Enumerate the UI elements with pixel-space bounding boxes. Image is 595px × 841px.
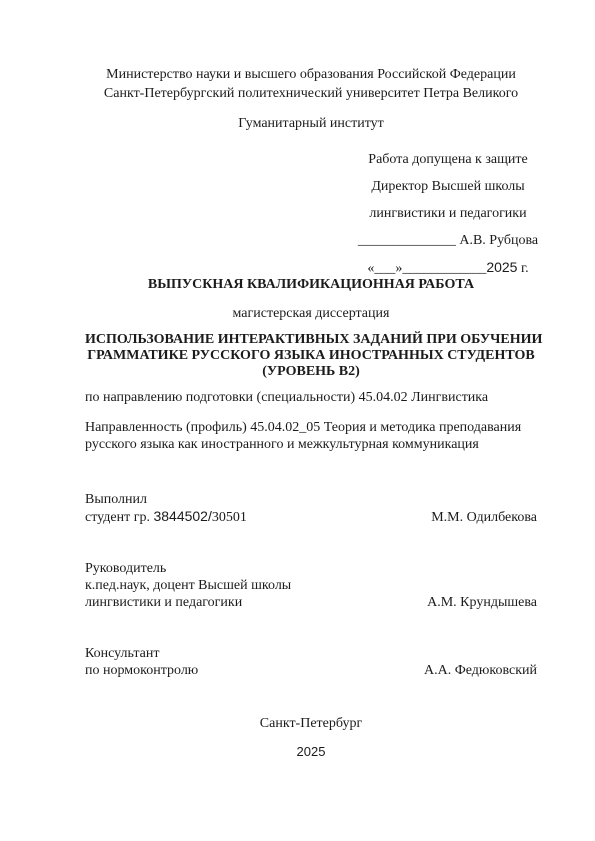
signature-line: ______________ А.В. Рубцова: [348, 227, 548, 254]
supervisor-name: А.М. Крундышева: [427, 594, 537, 611]
consultant-label: Консультант: [85, 645, 537, 662]
consultant-name: А.А. Федюковский: [424, 662, 537, 679]
year: 2025: [85, 744, 537, 759]
supervisor-role-line-1: к.пед.наук, доцент Высшей школы: [85, 577, 537, 594]
thesis-title-line-2: ГРАММАТИКЕ РУССКОГО ЯЗЫКА ИНОСТРАННЫХ СТ…: [85, 348, 537, 364]
supervisor-label: Руководитель: [85, 560, 537, 577]
profile-line-2: русского языка как иностранного и межкул…: [85, 436, 537, 453]
supervisor-block: Руководитель к.пед.наук, доцент Высшей ш…: [85, 560, 537, 611]
profile-block: Направленность (профиль) 45.04.02_05 Тео…: [85, 419, 537, 453]
thesis-title-page: Министерство науки и высшего образования…: [0, 0, 595, 841]
approval-line-3: лингвистики и педагогики: [348, 200, 548, 227]
thesis-title-line-1: ИСПОЛЬЗОВАНИЕ ИНТЕРАКТИВНЫХ ЗАДАНИЙ ПРИ …: [85, 332, 537, 348]
consultant-row: по нормоконтролю А.А. Федюковский: [85, 662, 537, 679]
consultant-block: Консультант по нормоконтролю А.А. Федюко…: [85, 645, 537, 679]
date-blank: «___»____________: [367, 261, 486, 276]
performer-group-number-sans: 3844502/: [153, 508, 211, 524]
thesis-subtype: магистерская диссертация: [85, 306, 537, 322]
performer-block: Выполнил студент гр. 3844502/30501 М.М. …: [85, 491, 537, 526]
approval-line-2: Директор Высшей школы: [348, 173, 548, 200]
profile-line-1: Направленность (профиль) 45.04.02_05 Тео…: [85, 419, 537, 436]
thesis-title-line-3: (УРОВЕНЬ В2): [85, 364, 537, 380]
specialty-line: по направлению подготовки (специальности…: [85, 390, 537, 406]
performer-name: М.М. Одилбекова: [431, 509, 537, 526]
city-name: Санкт-Петербург: [85, 716, 537, 732]
performer-role: студент гр. 3844502/30501: [85, 508, 247, 526]
supervisor-row: лингвистики и педагогики А.М. Крундышева: [85, 594, 537, 611]
university-line: Санкт-Петербургский политехнический унив…: [85, 85, 537, 104]
supervisor-role-line-2: лингвистики и педагогики: [85, 594, 242, 611]
ministry-line: Министерство науки и высшего образования…: [85, 66, 537, 85]
performer-role-prefix: студент гр.: [85, 510, 153, 525]
date-suffix: г.: [517, 261, 528, 276]
consultant-role: по нормоконтролю: [85, 662, 198, 679]
thesis-type-heading: ВЫПУСКНАЯ КВАЛИФИКАЦИОННАЯ РАБОТА: [85, 277, 537, 293]
header-block: Министерство науки и высшего образования…: [85, 66, 537, 103]
performer-label: Выполнил: [85, 491, 537, 508]
approval-line-1: Работа допущена к защите: [348, 146, 548, 173]
performer-row: студент гр. 3844502/30501 М.М. Одилбеков…: [85, 508, 537, 526]
institute-name: Гуманитарный институт: [85, 116, 537, 132]
thesis-title: ИСПОЛЬЗОВАНИЕ ИНТЕРАКТИВНЫХ ЗАДАНИЙ ПРИ …: [85, 332, 537, 380]
approval-block: Работа допущена к защите Директор Высшей…: [348, 146, 548, 282]
performer-group-number-serif: 30501: [212, 510, 247, 525]
date-year: 2025: [486, 259, 517, 275]
